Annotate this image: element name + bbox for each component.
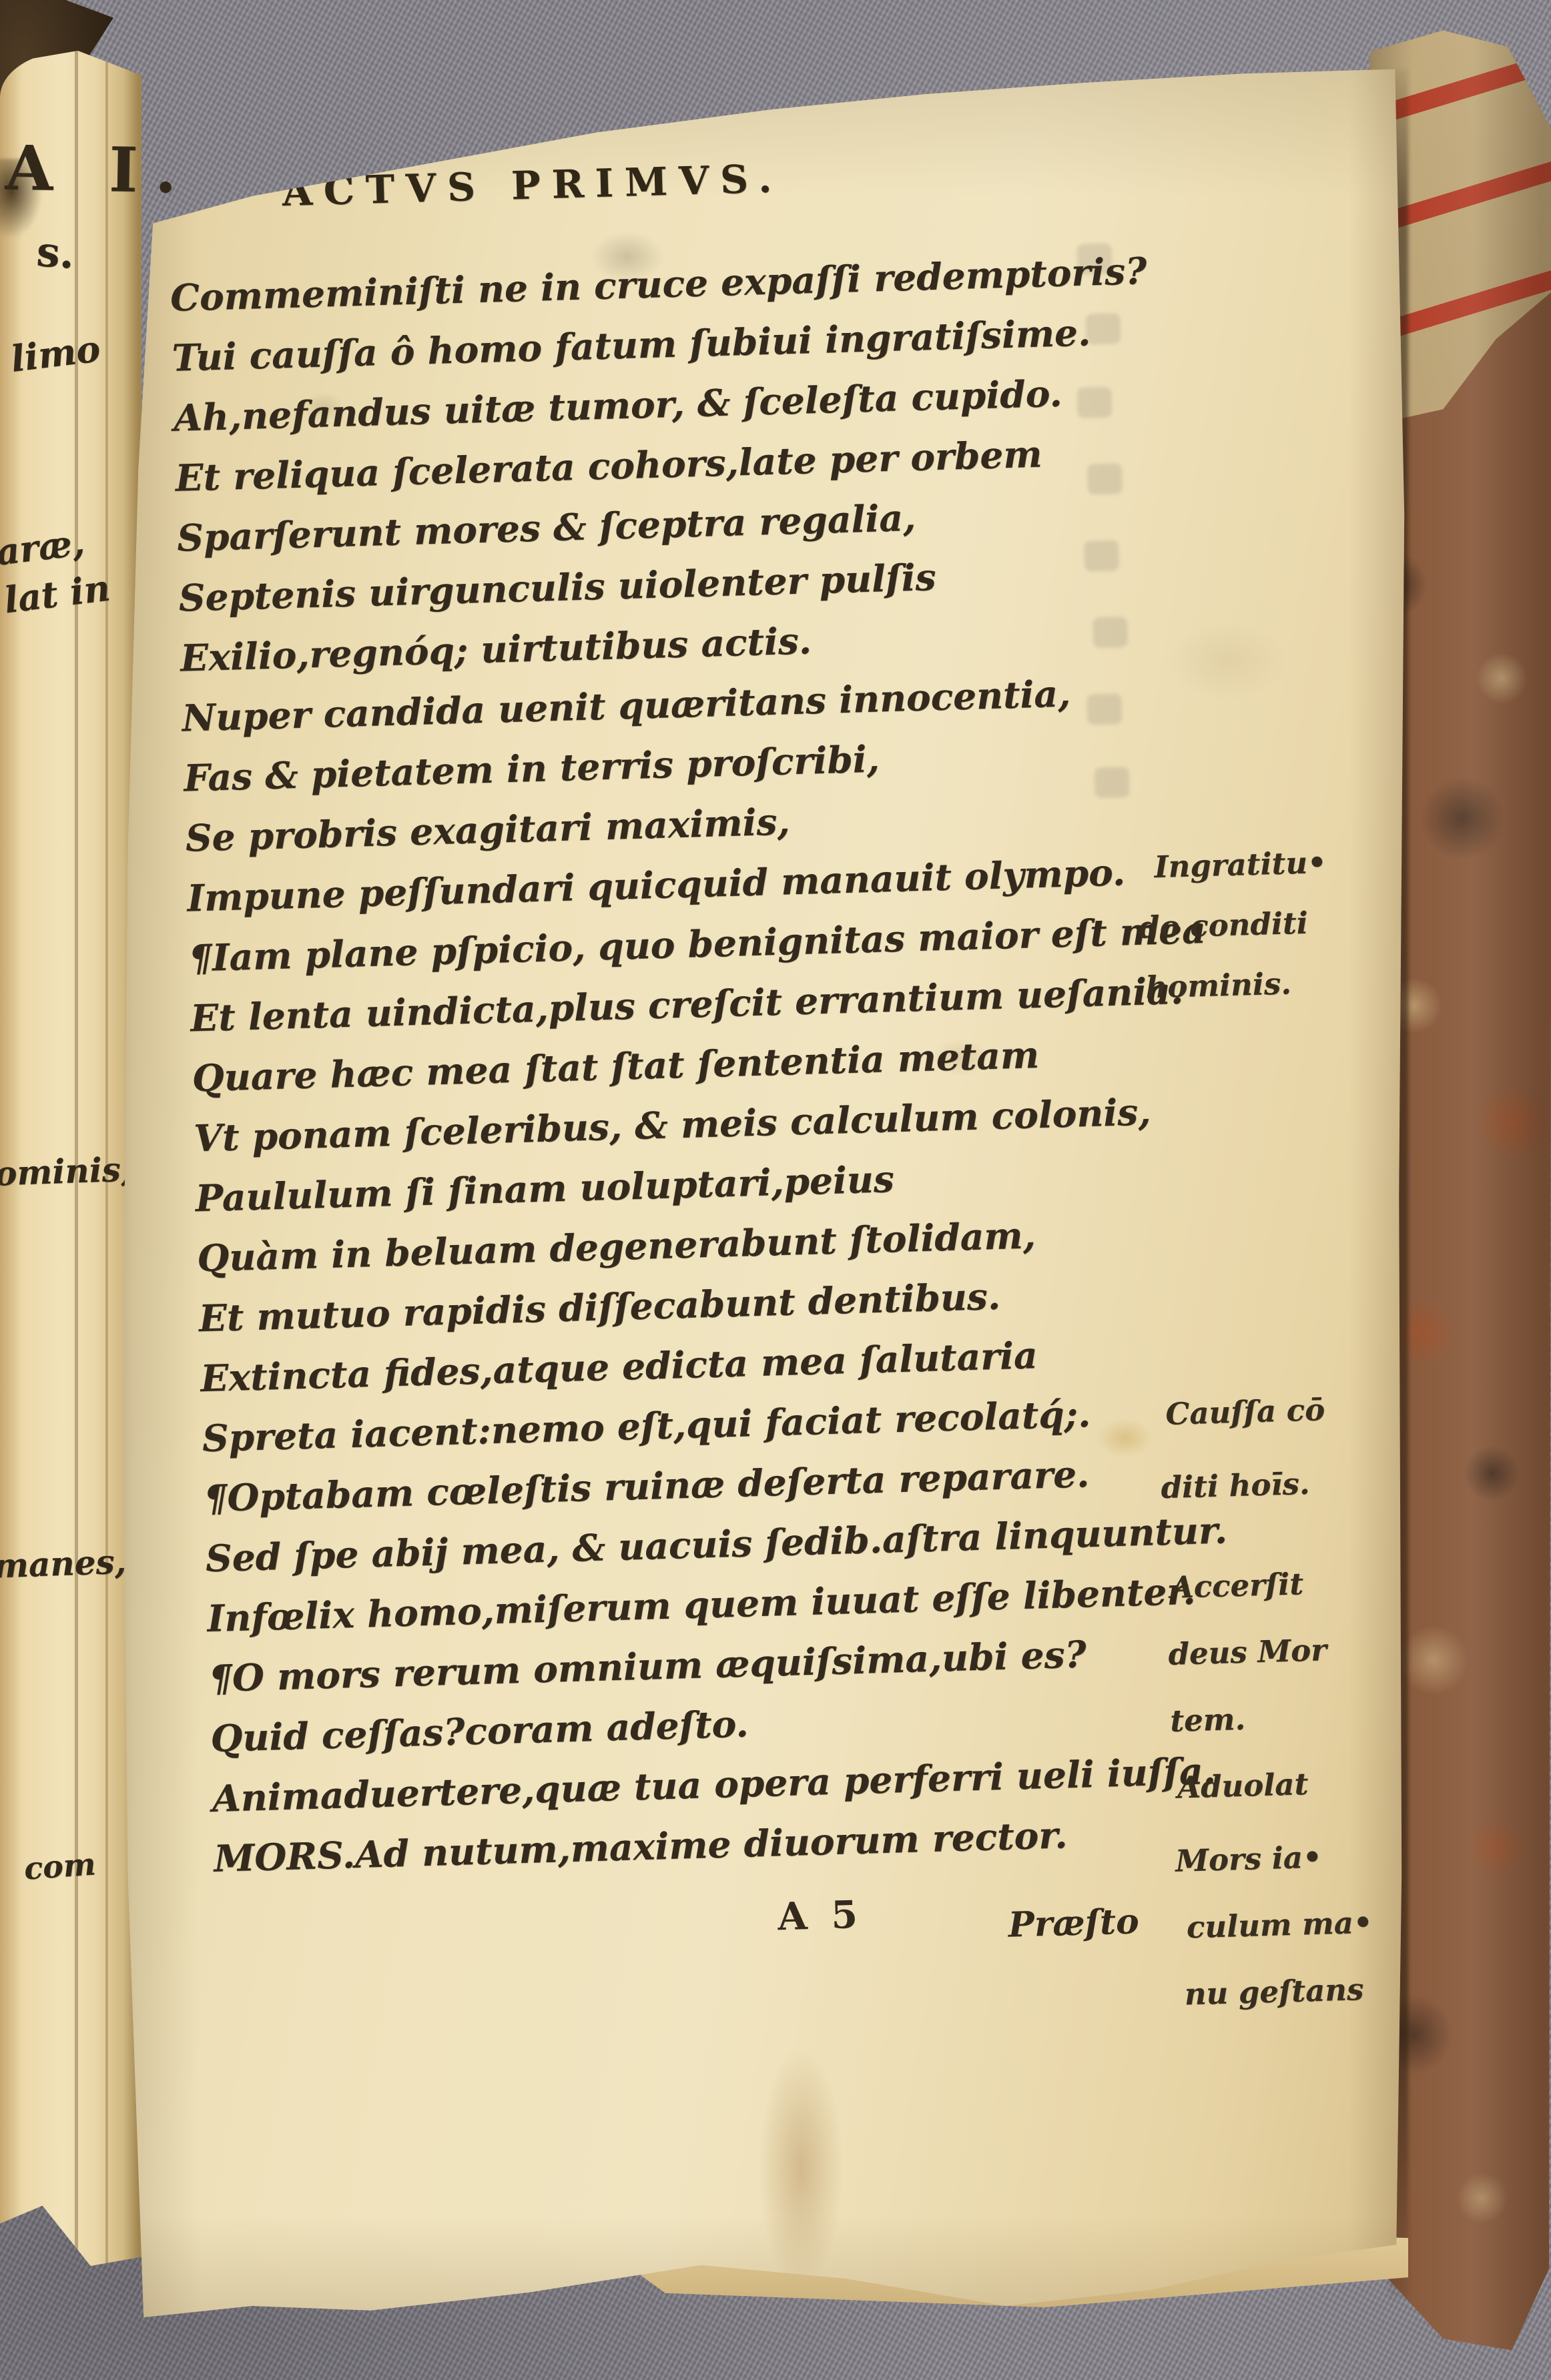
verse-line: Animaduertere,quæ tua opera perferri uel… [212, 1749, 1216, 1820]
verse-line: Exilio,regnóq; uirtutibus actis. [180, 619, 812, 679]
left-fragment: A I. [5, 132, 194, 208]
verse-line: Se probris exagitari maximis, [185, 799, 790, 859]
verse-line: ¶O mors rerum omnium æquiſsima,ubi es? [208, 1632, 1087, 1700]
margin-note-line: do conditi [1138, 905, 1308, 945]
verse-line: Infœlix homo,miſerum quem iuuat eſſe lib… [207, 1569, 1197, 1640]
left-fragment: ominis, [0, 1149, 133, 1193]
show-through-mark [1084, 540, 1119, 571]
verse-line: Quid ceſſas?coram adeſto. [210, 1701, 749, 1759]
verse-line: Extincta fides,atque edicta mea ſalutari… [200, 1333, 1038, 1400]
catchword: Præſto [1008, 1901, 1140, 1945]
margin-note-line: Accerſit [1170, 1566, 1304, 1605]
verse-line: Vt ponam ſceleribus, & meis calculum col… [193, 1090, 1151, 1160]
show-through-mark [1087, 463, 1123, 494]
show-through-mark [1087, 693, 1122, 725]
margin-note-line: culum ma• [1186, 1904, 1373, 1945]
verse-line: Quare hæc mea ſtat ſtat ſententia metam [192, 1033, 1040, 1100]
verse-line: Paululum ſi ſinam uoluptari,peius [195, 1157, 895, 1220]
verse-line: Et lenta uindicta,plus creſcit errantium… [190, 969, 1183, 1040]
verse-line: ¶Optabam cœleſtis ruinæ deſerta reparare… [204, 1452, 1090, 1520]
margin-note-line: deus Mor [1168, 1632, 1327, 1672]
show-through-mark [1076, 387, 1112, 418]
verse-line: MORS.Ad nutum,maxime diuorum rector. [214, 1813, 1068, 1880]
margin-note-line: Ingratitu• [1154, 845, 1327, 885]
recto-page: ACTVS PRIMVS. Commeminiſti ne in cruce e… [93, 60, 1415, 2329]
verse-line: ¶Iam plane pſpicio, quo benignitas maior… [188, 908, 1207, 980]
verse-line: Et mutuo rapidis diſſecabunt dentibus. [198, 1274, 1001, 1340]
verse-line: Et reliqua ſcelerata cohors,late per orb… [175, 432, 1042, 499]
margin-note-line: tem. [1170, 1701, 1246, 1739]
verse-line: Commeminiſti ne in cruce expaſſi redempt… [170, 249, 1147, 320]
verse-line: Septenis uirgunculis uiolenter pulſis [178, 555, 936, 620]
verse-line: Sed ſpe abij mea, & uacuis ſedib.aſtra l… [205, 1508, 1228, 1580]
show-through-mark [1093, 617, 1128, 648]
left-fragment: s. [35, 227, 76, 278]
verse-line: Tui cauſſa ô homo fatum ſubiui ingratiſs… [172, 310, 1091, 379]
margin-note-line: diti hoīs. [1161, 1466, 1310, 1505]
printed-text-block: ACTVS PRIMVS. Commeminiſti ne in cruce e… [140, 92, 1455, 2301]
margin-note-line: Aduolat [1177, 1766, 1309, 1805]
signature-mark: A 5 [777, 1892, 864, 1940]
left-fragment: com [23, 1846, 97, 1886]
book-photo: A I. s. limo aræ, lat in ominis, manes, … [0, 0, 1551, 2380]
verse-line: Sparſerunt mores & ſceptra regalia, [176, 496, 916, 560]
verse-line: Quàm in beluam degenerabunt ſtolidam, [196, 1213, 1036, 1280]
margin-note-line: Mors ia• [1175, 1840, 1322, 1879]
show-through-mark [1094, 767, 1129, 798]
verse-line: Spreta iacent:nemo eſt,qui faciat recola… [202, 1392, 1091, 1460]
verse-line: Nuper candida uenit quæritans innocentia… [182, 671, 1071, 739]
margin-note-line: Cauſſa cō [1165, 1392, 1325, 1432]
margin-note-line: nu geſtans [1184, 1972, 1364, 2012]
verse-line: Impune peſſundari quicquid manauit olymp… [186, 850, 1125, 919]
verse-line: Ah,nefandus uitæ tumor, & ſceleſta cupid… [173, 372, 1062, 440]
left-fragment: manes, [0, 1542, 127, 1586]
margin-note-line: hominis. [1145, 965, 1292, 1005]
verse-line: Fas & pietatem in terris proſcribi, [183, 737, 880, 799]
act-heading: ACTVS PRIMVS. [282, 155, 784, 215]
